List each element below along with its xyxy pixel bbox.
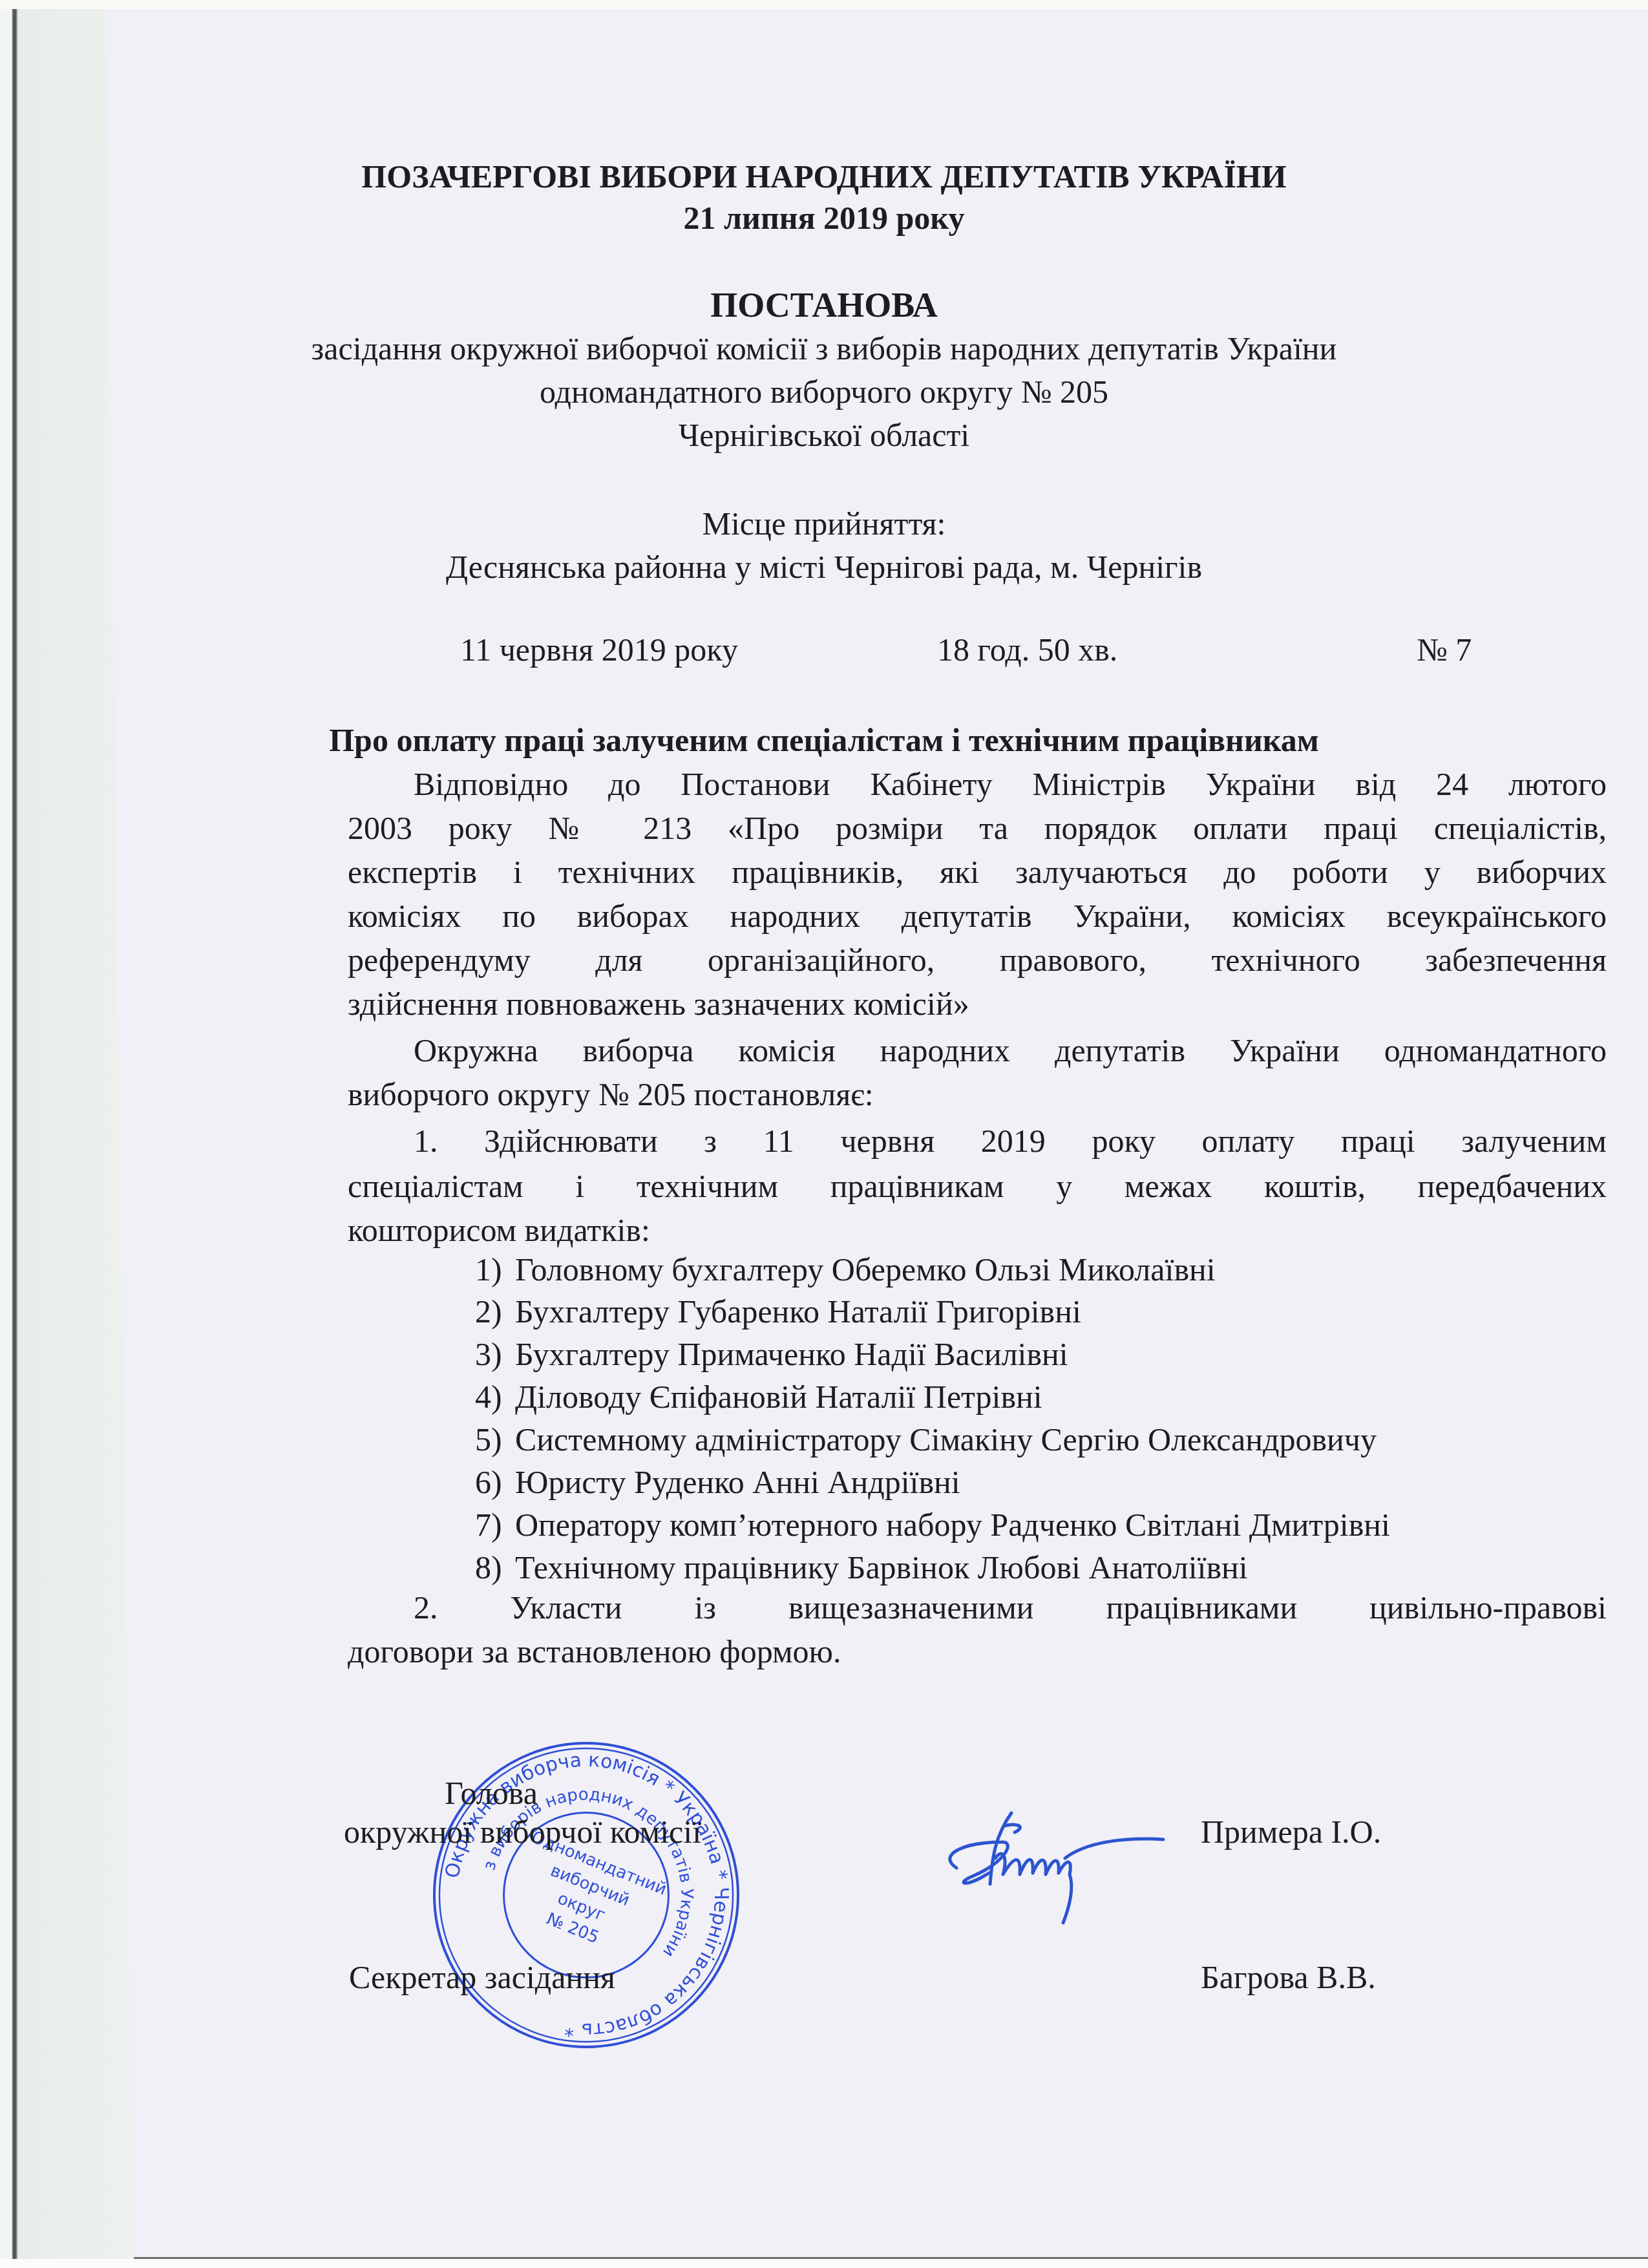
place-label: Місце прийняття: [0, 507, 1648, 540]
document-subtitle-line3: Чернігівської області [0, 419, 1648, 451]
resolution-subject: Про оплату праці залученим спеціалістам … [0, 724, 1648, 756]
resolution-intro-line: виборчого округу № 205 постановляє: [348, 1078, 1607, 1110]
clause1-line: спеціалістам і технічним працівникам у м… [348, 1170, 1607, 1202]
staff-list-item: 3)Бухгалтеру Примаченко Надії Василівні [475, 1335, 1068, 1373]
resolution-intro-line: Окружна виборча комісія народних депутат… [414, 1034, 1607, 1066]
preamble-line: експертів і технічних працівників, які з… [348, 856, 1607, 888]
clause2-line: 2. Укласти із вищезазначеними працівника… [414, 1591, 1607, 1624]
resolution-number: № 7 [1417, 633, 1472, 666]
clause1-line: 1. Здійснювати з 11 червня 2019 року опл… [414, 1125, 1607, 1157]
document-subtitle-line1: засідання окружної виборчої комісії з ви… [0, 332, 1648, 365]
staff-list-item: 6)Юристу Руденко Анні Андріївні [475, 1463, 960, 1501]
chair-title-line2: окружної виборчої комісії [344, 1813, 701, 1850]
scanner-bottom-edge [0, 2259, 1648, 2268]
preamble-line: здійснення повноважень зазначених комісі… [348, 988, 1607, 1020]
document-type: ПОСТАНОВА [0, 288, 1648, 323]
secretary-title: Секретар засідання [349, 1958, 615, 1996]
staff-list-item: 5)Системному адміністратору Сімакіну Сер… [475, 1421, 1377, 1458]
secretary-name: Багрова В.В. [1201, 1958, 1376, 1996]
chair-signature [931, 1797, 1215, 1933]
scanner-top-edge [0, 0, 1648, 10]
staff-list-item: 4)Діловоду Єпіфановій Наталії Петрівні [475, 1378, 1042, 1415]
place-value: Деснянська районна у місті Чернігові рад… [0, 551, 1648, 583]
staff-list-item: 8)Технічному працівнику Барвінок Любові … [475, 1549, 1248, 1586]
chair-title: Голова [445, 1774, 538, 1812]
staff-list-item: 1)Головному бухгалтеру Оберемко Ользі Ми… [475, 1251, 1216, 1288]
election-title: ПОЗАЧЕРГОВІ ВИБОРИ НАРОДНИХ ДЕПУТАТІВ УК… [0, 160, 1648, 193]
staff-list-item: 7)Оператору комп’ютерного набору Радченк… [475, 1506, 1390, 1543]
chair-name: Примера І.О. [1201, 1813, 1381, 1850]
preamble-line: комісіях по виборах народних депутатів У… [348, 900, 1607, 932]
clause1-line: кошторисом видатків: [348, 1214, 1607, 1246]
document-subtitle-line2: одномандатного виборчого округу № 205 [0, 376, 1648, 408]
clause2-line: договори за встановленою формою. [348, 1635, 1607, 1668]
preamble-line: референдуму для організаційного, правово… [348, 944, 1607, 976]
election-date: 21 липня 2019 року [0, 202, 1648, 234]
preamble-line: Відповідно до Постанови Кабінету Міністр… [414, 768, 1607, 800]
preamble-line: 2003 року № 213 «Про розміри та порядок … [348, 812, 1607, 844]
meeting-time: 18 год. 50 хв. [937, 633, 1117, 666]
staff-list-item: 2)Бухгалтеру Губаренко Наталії Григорівн… [475, 1293, 1081, 1330]
meeting-date: 11 червня 2019 року [460, 633, 738, 666]
